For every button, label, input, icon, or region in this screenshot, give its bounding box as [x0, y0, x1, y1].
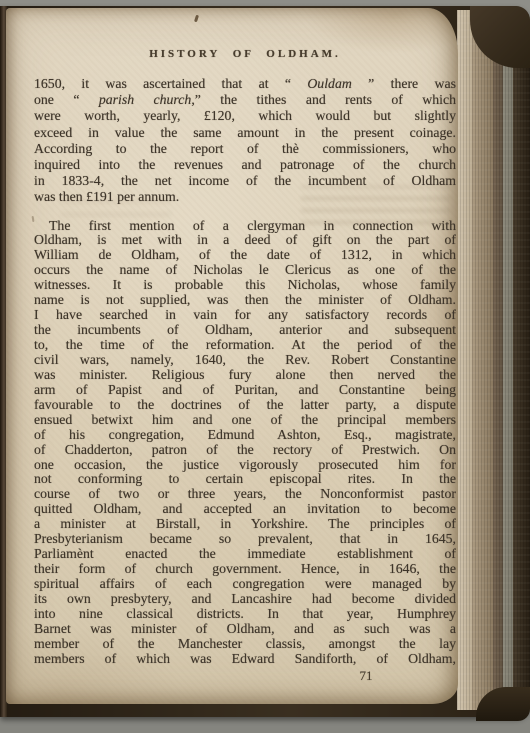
text-line: of his congregation, Edmund Ashton, Esq.…	[34, 428, 456, 443]
text-line: one “ parish church,” the tithes and ren…	[34, 92, 456, 108]
paragraph: 1650, it was ascertained that at “ Oulda…	[34, 76, 456, 206]
text-line: 1650, it was ascertained that at “ Oulda…	[34, 76, 456, 92]
text-block: 1650, it was ascertained that at “ Oulda…	[34, 76, 456, 667]
text-line: spiritual affairs of each congregation w…	[34, 577, 456, 592]
text-line: inquired into the revenues and patronage…	[34, 157, 456, 173]
ink-fleck-icon	[194, 15, 199, 23]
page-edge-striations	[457, 10, 530, 710]
book-photo-background: HISTORY OF OLDHAM. 1650, it was ascertai…	[0, 0, 530, 733]
text-line: a minister at Birstall, in Yorkshire. Th…	[34, 517, 456, 532]
text-line: William de Oldham, of the date of 1312, …	[34, 248, 456, 263]
text-line: in 1833-4, the net income of the incumbe…	[34, 173, 456, 189]
text-line: I have searched in vain for any satisfac…	[34, 308, 456, 323]
text-line: course of two or three years, the Noncon…	[34, 487, 456, 502]
text-line: witnesses. It is probable this Nicholas,…	[34, 278, 456, 293]
text-line: Oldham, is met with in a deed of gift on…	[34, 233, 456, 248]
text-line: the incumbents of Oldham, anterior and s…	[34, 323, 456, 338]
text-line: were worth, yearly, £120, which would bu…	[34, 108, 456, 124]
text-line: arm of Papist and of Puritan, and Consta…	[34, 383, 456, 398]
text-line: member of the Manchester classis, amongs…	[34, 637, 456, 652]
running-header: HISTORY OF OLDHAM.	[34, 48, 456, 60]
text-line: their form of church government. Hence, …	[34, 562, 456, 577]
text-line: name is not supplied, was then the minis…	[34, 293, 456, 308]
text-line: its own presbytery, and Lancashire had b…	[34, 592, 456, 607]
book-page: HISTORY OF OLDHAM. 1650, it was ascertai…	[6, 8, 458, 704]
text-line: one occasion, the justice vigorously pro…	[34, 458, 456, 473]
text-line: civil wars, namely, 1640, the Rev. Rober…	[34, 353, 456, 368]
page-number: 71	[346, 668, 386, 684]
book-fore-edge-pages	[457, 10, 530, 710]
text-line: According to the report of thè commissio…	[34, 141, 456, 157]
text-line: not conforming to certain episcopal rite…	[34, 472, 456, 487]
text-line: to, the time of the reformation. At the …	[34, 338, 456, 353]
text-line: members of which was Edward Sandiforth, …	[34, 652, 456, 667]
text-line: was minister. Religious fury alone then …	[34, 368, 456, 383]
text-line: was then £191 per annum.	[34, 189, 456, 205]
text-line: Presbyterianism became so prevalent, tha…	[34, 532, 456, 547]
text-line: Barnet was minister of Oldham, and as su…	[34, 622, 456, 637]
text-line: exceed in value the same amount in the p…	[34, 125, 456, 141]
margin-dot-icon	[55, 657, 59, 660]
text-line: favourable to the doctrines of the latte…	[34, 398, 456, 413]
paragraph: The first mention of a clergyman in conn…	[34, 219, 456, 667]
text-line: occurs the name of Nicholas le Clericus …	[34, 263, 456, 278]
text-line: The first mention of a clergyman in conn…	[34, 219, 456, 234]
text-line: quitted Oldham, and accepted an invitati…	[34, 502, 456, 517]
text-line: ensued betwixt him and one of the princi…	[34, 413, 456, 428]
text-line: into nine classical districts. In that y…	[34, 607, 456, 622]
text-line: Parliamènt enacted the immediate establi…	[34, 547, 456, 562]
text-line: of Chadderton, patron of the rectory of …	[34, 443, 456, 458]
